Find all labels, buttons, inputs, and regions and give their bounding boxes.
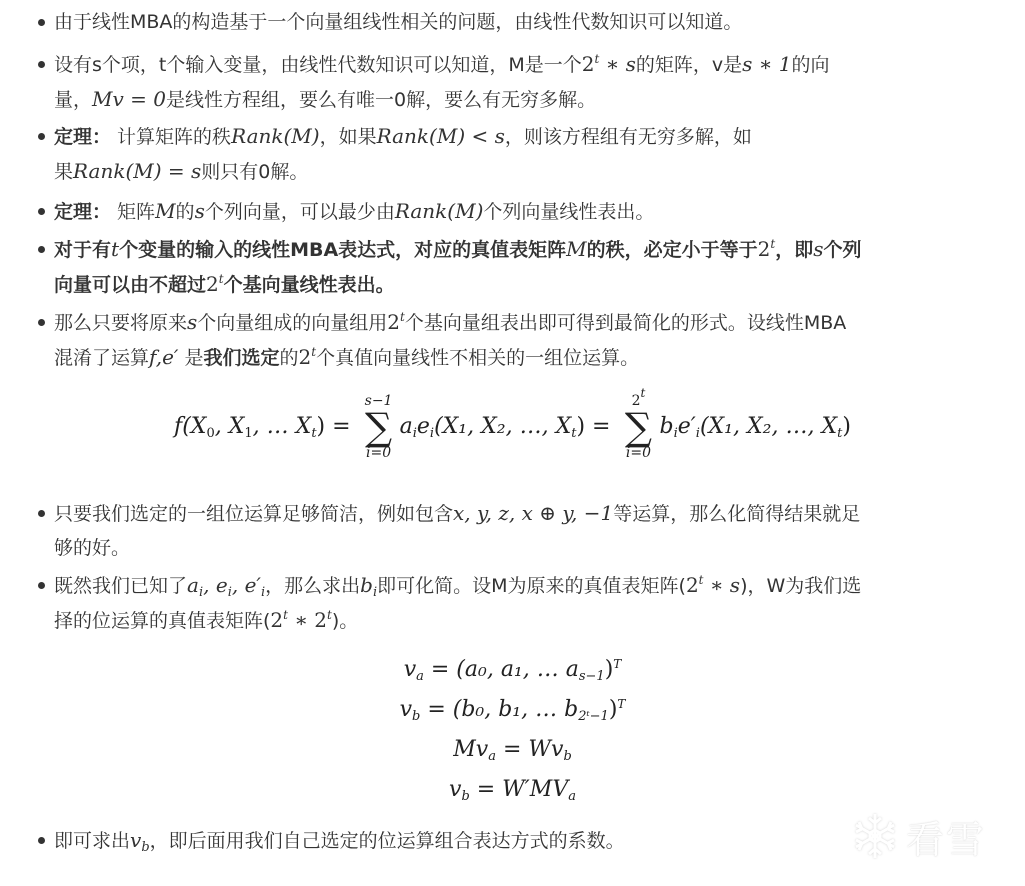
list-item: 设有s个项，t个输入变量，由线性代数知识可以知道，M是一个2t ∗ s的矩阵，v… — [54, 47, 1004, 117]
bullet-text: 只要我们选定的一组位运算足够简洁，例如包含 — [54, 503, 453, 525]
math-inline: ai, ei, e′i — [187, 573, 265, 597]
math-sub: b — [563, 749, 571, 764]
bullet-text: 的 — [280, 347, 299, 369]
bullet-text: 则只有0解。 — [201, 161, 308, 183]
math-inline: 2t — [206, 272, 224, 296]
math-sup: T — [617, 697, 625, 711]
bullet-text: 个列向量，可以最少由 — [205, 201, 395, 223]
math-text: v — [404, 657, 416, 682]
formula-line-mva: Mva = Wvb — [0, 730, 1025, 770]
bullet-text: 个列向量线性表出。 — [483, 201, 654, 223]
math-text: ) = — [317, 414, 351, 439]
math-sup: t — [641, 386, 646, 400]
math-text: ) = — [576, 414, 610, 439]
theorem-label: 定理： — [54, 201, 111, 223]
bullet-text: 的 — [176, 201, 195, 223]
summation-1: s−1 ∑ i=0 — [362, 393, 396, 461]
bullet-text: 对于有 — [54, 239, 111, 261]
bullet-text: 的向 — [791, 54, 829, 76]
bullet-text: ，如果 — [320, 126, 377, 148]
bullet-text: 设有s个项，t个输入变量，由线性代数知识可以知道，M是一个 — [54, 54, 582, 76]
bullet-text: 果 — [54, 161, 73, 183]
math-base: 2 — [387, 310, 400, 334]
bullet-text: 个向量组成的向量组用 — [197, 312, 387, 334]
math-inline: Mv = 0 — [92, 87, 166, 111]
math-sub: a — [488, 749, 496, 764]
watermark-kanxue: 看雪 — [850, 808, 1020, 864]
math-text: v — [449, 777, 461, 802]
math-inline: x, y, z, x ⊕ y, −1 — [453, 501, 613, 525]
math-text: e′ — [678, 414, 696, 439]
bullet-text: )。 — [332, 610, 358, 632]
bullet-text: ，即后面用我们自己选定的位运算组合表达方式的系数。 — [150, 830, 625, 852]
math-text: v — [130, 828, 141, 852]
bullet-text: 择的位运算的真值表矩阵( — [54, 610, 270, 632]
bullet-text: ，则该方程组有无穷多解，如 — [505, 126, 752, 148]
math-base: 2 — [582, 52, 595, 76]
math-inline: 2t — [686, 573, 704, 597]
math-inline: M — [566, 237, 586, 261]
math-inline: Rank(M) — [231, 124, 320, 148]
math-sub: b — [461, 789, 469, 804]
bullet-text: 等运算，那么化简得结果就足 — [613, 503, 860, 525]
math-text: ) — [605, 657, 614, 682]
math-text: b — [659, 414, 673, 439]
math-sub: a — [568, 789, 576, 804]
bullet-text: 个基向量线性表出。 — [224, 274, 395, 296]
bullet-text: 矩阵 — [111, 201, 155, 223]
math-text: ∗ 2 — [288, 608, 327, 632]
math-sub: 0 — [206, 426, 214, 441]
math-inline: vb — [130, 828, 150, 852]
sum-lower-limit: i=0 — [362, 445, 396, 461]
bullet-text: 向量可以由不超过 — [54, 274, 206, 296]
math-text: , … X — [253, 414, 312, 439]
math-sup: T — [613, 657, 621, 671]
bullet-text: 个基向量组表出即可得到最简化的形式。设线性MBA — [405, 312, 846, 334]
document-body: 由于线性MBA的构造基于一个向量组线性相关的问题，由线性代数知识可以知道。 设有… — [0, 0, 1025, 886]
bullet-text: 混淆了运算 — [54, 347, 149, 369]
math-base: 2 — [686, 573, 699, 597]
math-text: b — [360, 573, 373, 597]
formula-line-va: va = (a₀, a₁, … as−1)T — [0, 650, 1025, 690]
math-inline: s — [195, 199, 205, 223]
bullet-text: 即可求出 — [54, 830, 130, 852]
bullet-text: 个变量的输入的线性MBA表达式，对应的真值表矩阵 — [119, 239, 566, 261]
math-sub: 1 — [244, 426, 252, 441]
math-text: , e — [203, 573, 228, 597]
display-formula-block: va = (a₀, a₁, … as−1)T vb = (b₀, b₁, … b… — [0, 650, 1025, 810]
list-item: 那么只要将原来s个向量组成的向量组用2t个基向量组表出即可得到最简化的形式。设线… — [54, 305, 1004, 375]
bullet-text: 计算矩阵的秩 — [111, 126, 231, 148]
math-text: = W′MV — [470, 777, 568, 802]
math-base: 2 — [299, 345, 312, 369]
bullet-text: ，那么求出 — [265, 575, 360, 597]
bullet-text: 量， — [54, 89, 92, 111]
math-sub: b — [141, 840, 149, 855]
math-inline: Rank(M) < s — [377, 124, 505, 148]
watermark-text: 看雪 — [906, 809, 986, 864]
math-inline: ∗ s — [704, 573, 741, 597]
bullet-text: 是 — [178, 347, 203, 369]
formula-line-vb: vb = (b₀, b₁, … b2ᵗ−1)T — [0, 690, 1025, 730]
theorem-label: 定理： — [54, 126, 111, 148]
bullet-text: 是线性方程组，要么有唯一0解，要么有无穷多解。 — [166, 89, 596, 111]
math-inline: Rank(M) = s — [73, 159, 201, 183]
snowflake-icon — [850, 811, 900, 861]
math-text: a — [400, 414, 413, 439]
math-text: a — [187, 573, 199, 597]
bullet-text: 由于线性MBA的构造基于一个向量组线性相关的问题，由线性代数知识可以知道。 — [54, 11, 742, 33]
math-text: = Wv — [496, 737, 563, 762]
math-inline: Rank(M) — [395, 199, 484, 223]
math-sub: s−1 — [579, 669, 605, 684]
sigma-icon: ∑ — [362, 409, 396, 445]
list-item: 定理： 矩阵M的s个列向量，可以最少由Rank(M)个列向量线性表出。 — [54, 194, 1004, 229]
math-inline: s ∗ 1 — [742, 52, 791, 76]
bullet-text: 既然我们已知了 — [54, 575, 187, 597]
math-text: v — [400, 697, 412, 722]
bullet-text: 即可化简。设M为原来的真值表矩阵( — [377, 575, 686, 597]
math-inline: s — [187, 310, 197, 334]
summation-2: 2t ∑ i=0 — [621, 393, 655, 461]
math-inline: ∗ s — [599, 52, 636, 76]
math-sub: a — [416, 669, 424, 684]
bullet-text: 的矩阵，v是 — [636, 54, 742, 76]
math-inline: 2t — [582, 52, 600, 76]
math-inline: t — [111, 237, 119, 261]
math-inline: f,e′ — [149, 345, 178, 369]
math-text: ) — [842, 414, 851, 439]
math-text: = (a₀, a₁, … a — [424, 657, 579, 682]
math-text: , X — [215, 414, 245, 439]
math-inline: 2t ∗ 2t — [270, 608, 331, 632]
formula-line-vb-solve: vb = W′MVa — [0, 770, 1025, 810]
math-text: Mv — [453, 737, 488, 762]
math-text: = (b₀, b₁, … b — [420, 697, 578, 722]
sigma-icon: ∑ — [621, 409, 655, 445]
list-item: 定理： 计算矩阵的秩Rank(M)，如果Rank(M) < s，则该方程组有无穷… — [54, 119, 1004, 189]
bullet-text: 个列 — [824, 239, 862, 261]
list-item: 对于有t个变量的输入的线性MBA表达式，对应的真值表矩阵M的秩，必定小于等于2t… — [54, 232, 1004, 302]
math-text: , e′ — [232, 573, 261, 597]
math-inline: M — [155, 199, 175, 223]
math-inline: 2t — [299, 345, 317, 369]
bullet-text: 够的好。 — [54, 537, 130, 559]
list-item: 由于线性MBA的构造基于一个向量组线性相关的问题，由线性代数知识可以知道。 — [54, 5, 1004, 39]
math-inline: 2t — [387, 310, 405, 334]
bold-emphasis: 我们选定 — [204, 347, 280, 369]
math-sub: 2ᵗ−1 — [578, 709, 609, 724]
math-text: (X₁, X₂, …, X — [700, 414, 837, 439]
display-formula-main: f(X0, X1, … Xt) = s−1 ∑ i=0 aiei(X₁, X₂,… — [0, 393, 1025, 461]
list-item: 既然我们已知了ai, ei, e′i，那么求出bi即可化简。设M为原来的真值表矩… — [54, 568, 1004, 638]
math-inline: s — [813, 237, 823, 261]
math-inline: bi — [360, 573, 377, 597]
math-text: f(X — [174, 414, 206, 439]
math-text: (X₁, X₂, …, X — [434, 414, 571, 439]
math-base: 2 — [758, 237, 771, 261]
math-inline: 2t — [758, 237, 776, 261]
list-item: 只要我们选定的一组位运算足够简洁，例如包含x, y, z, x ⊕ y, −1等… — [54, 496, 1004, 565]
math-text: e — [417, 414, 430, 439]
bullet-text: 的秩，必定小于等于 — [587, 239, 758, 261]
bullet-text: 那么只要将原来 — [54, 312, 187, 334]
math-base: 2 — [206, 272, 219, 296]
bullet-text: )，W为我们选 — [740, 575, 861, 597]
math-base: 2 — [270, 608, 283, 632]
bullet-text: 个真值向量线性不相关的一组位运算。 — [316, 347, 639, 369]
bullet-text: ，即 — [775, 239, 813, 261]
sum-lower-limit: i=0 — [621, 445, 655, 461]
